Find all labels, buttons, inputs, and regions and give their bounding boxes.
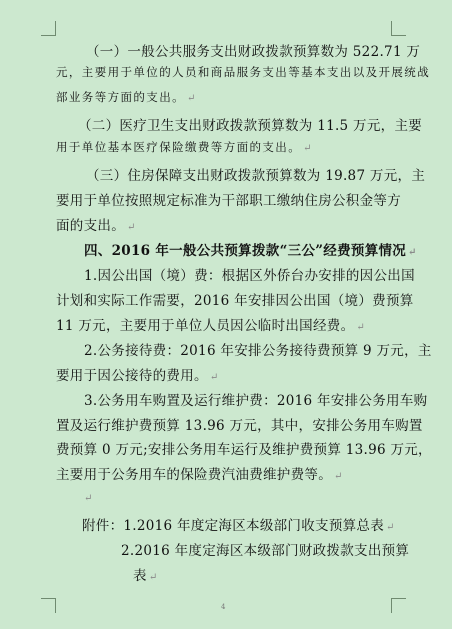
line-text: 2.2016 年度定海区本级部门财政拨款支出预算	[121, 543, 409, 559]
text-line: 计划和实际工作需要，2016 年安排因公出国（境）费预算	[56, 289, 414, 309]
text-line: 元，主要用于单位的人员和商品服务支出等基本支出以及开展统战	[56, 64, 430, 80]
paragraph-mark-icon: ↵	[356, 322, 365, 333]
line-text: 用于单位基本医疗保险缴费等方面的支出。	[56, 140, 301, 154]
line-text: 3.公务用车购置及运行维护费：2016 年安排公务用车购	[84, 393, 427, 409]
text-line: 部业务等方面的支出。↵	[56, 89, 197, 105]
line-text: 元，主要用于单位的人员和商品服务支出等基本支出以及开展统战	[56, 65, 430, 79]
line-text: 置及运行维护费预算 13.96 万元，其中，安排公务用车购置	[56, 418, 423, 434]
text-line: （二）医疗卫生支出财政拨款预算数为 11.5 万元，主要	[78, 114, 422, 134]
corner-mark-bottom-left	[41, 598, 56, 613]
text-line: 11 万元，主要用于单位人员因公临时出国经费。↵	[56, 314, 365, 334]
text-line: 3.公务用车购置及运行维护费：2016 年安排公务用车购	[84, 389, 427, 409]
line-text: 计划和实际工作需要，2016 年安排因公出国（境）费预算	[56, 293, 414, 309]
paragraph-mark-icon: ↵	[303, 143, 313, 154]
paragraph-mark-icon: ↵	[334, 471, 343, 482]
line-text: 2.公务接待费：2016 年安排公务接待费预算 9 万元，主	[84, 343, 432, 359]
line-text: 费预算 0 万元;安排公务用车运行及维护费预算 13.96 万元，	[56, 442, 432, 458]
corner-mark-top-right	[391, 21, 406, 36]
line-text: 要用于单位按照规定标准为干部职工缴纳住房公积金等方	[56, 193, 401, 209]
text-line: 主要用于公务用车的保险费汽油费维护费等。↵	[56, 463, 343, 483]
text-line: （三）住房保障支出财政拨款预算数为 19.87 万元，主	[86, 164, 425, 184]
line-text: （三）住房保障支出财政拨款预算数为 19.87 万元，主	[86, 168, 425, 184]
text-line: 用于单位基本医疗保险缴费等方面的支出。↵	[56, 139, 313, 155]
text-line: ↵	[82, 489, 93, 505]
text-line: 附件：1.2016 年度定海区本级部门收支预算总表↵	[82, 514, 395, 534]
line-text: （一）一般公共服务支出财政拨款预算数为 522.71 万	[86, 44, 420, 60]
line-text: 附件：1.2016 年度定海区本级部门收支预算总表	[82, 518, 384, 534]
line-text: 表	[133, 568, 147, 584]
text-line: 表↵	[133, 564, 158, 584]
line-text: 1.因公出国（境）费：根据区外侨台办安排的因公出国	[84, 268, 415, 284]
line-text: 要用于因公接待的费用。	[56, 368, 208, 384]
paragraph-mark-icon: ↵	[210, 372, 219, 383]
text-line: 1.因公出国（境）费：根据区外侨台办安排的因公出国	[84, 264, 415, 284]
line-text: 四、2016 年一般公共预算拨款“三公”经费预算情况	[84, 243, 406, 259]
text-line: 2.2016 年度定海区本级部门财政拨款支出预算	[121, 539, 409, 559]
page-number: 4	[221, 603, 225, 611]
line-text: 面的支出。	[56, 218, 125, 234]
paragraph-mark-icon: ↵	[84, 493, 93, 504]
text-line: （一）一般公共服务支出财政拨款预算数为 522.71 万	[86, 40, 420, 60]
paragraph-mark-icon: ↵	[127, 222, 136, 233]
text-line: 2.公务接待费：2016 年安排公务接待费预算 9 万元，主	[84, 339, 432, 359]
line-text: 部业务等方面的支出。	[56, 90, 185, 104]
paragraph-mark-icon: ↵	[149, 572, 158, 583]
paragraph-mark-icon: ↵	[386, 522, 395, 533]
paragraph-mark-icon: ↵	[187, 93, 197, 104]
text-line: 费预算 0 万元;安排公务用车运行及维护费预算 13.96 万元，	[56, 438, 432, 458]
paragraph-mark-icon: ↵	[408, 247, 417, 258]
text-line: 面的支出。↵	[56, 214, 136, 234]
corner-mark-top-left	[41, 21, 56, 36]
line-text: （二）医疗卫生支出财政拨款预算数为 11.5 万元，主要	[78, 118, 422, 134]
line-text: 主要用于公务用车的保险费汽油费维护费等。	[56, 467, 332, 483]
corner-mark-bottom-right	[391, 598, 406, 613]
text-line: 要用于因公接待的费用。↵	[56, 364, 219, 384]
text-line: 置及运行维护费预算 13.96 万元，其中，安排公务用车购置	[56, 414, 423, 434]
text-line: 四、2016 年一般公共预算拨款“三公”经费预算情况↵	[84, 239, 417, 259]
line-text: 11 万元，主要用于单位人员因公临时出国经费。	[56, 318, 354, 334]
text-line: 要用于单位按照规定标准为干部职工缴纳住房公积金等方	[56, 189, 401, 209]
